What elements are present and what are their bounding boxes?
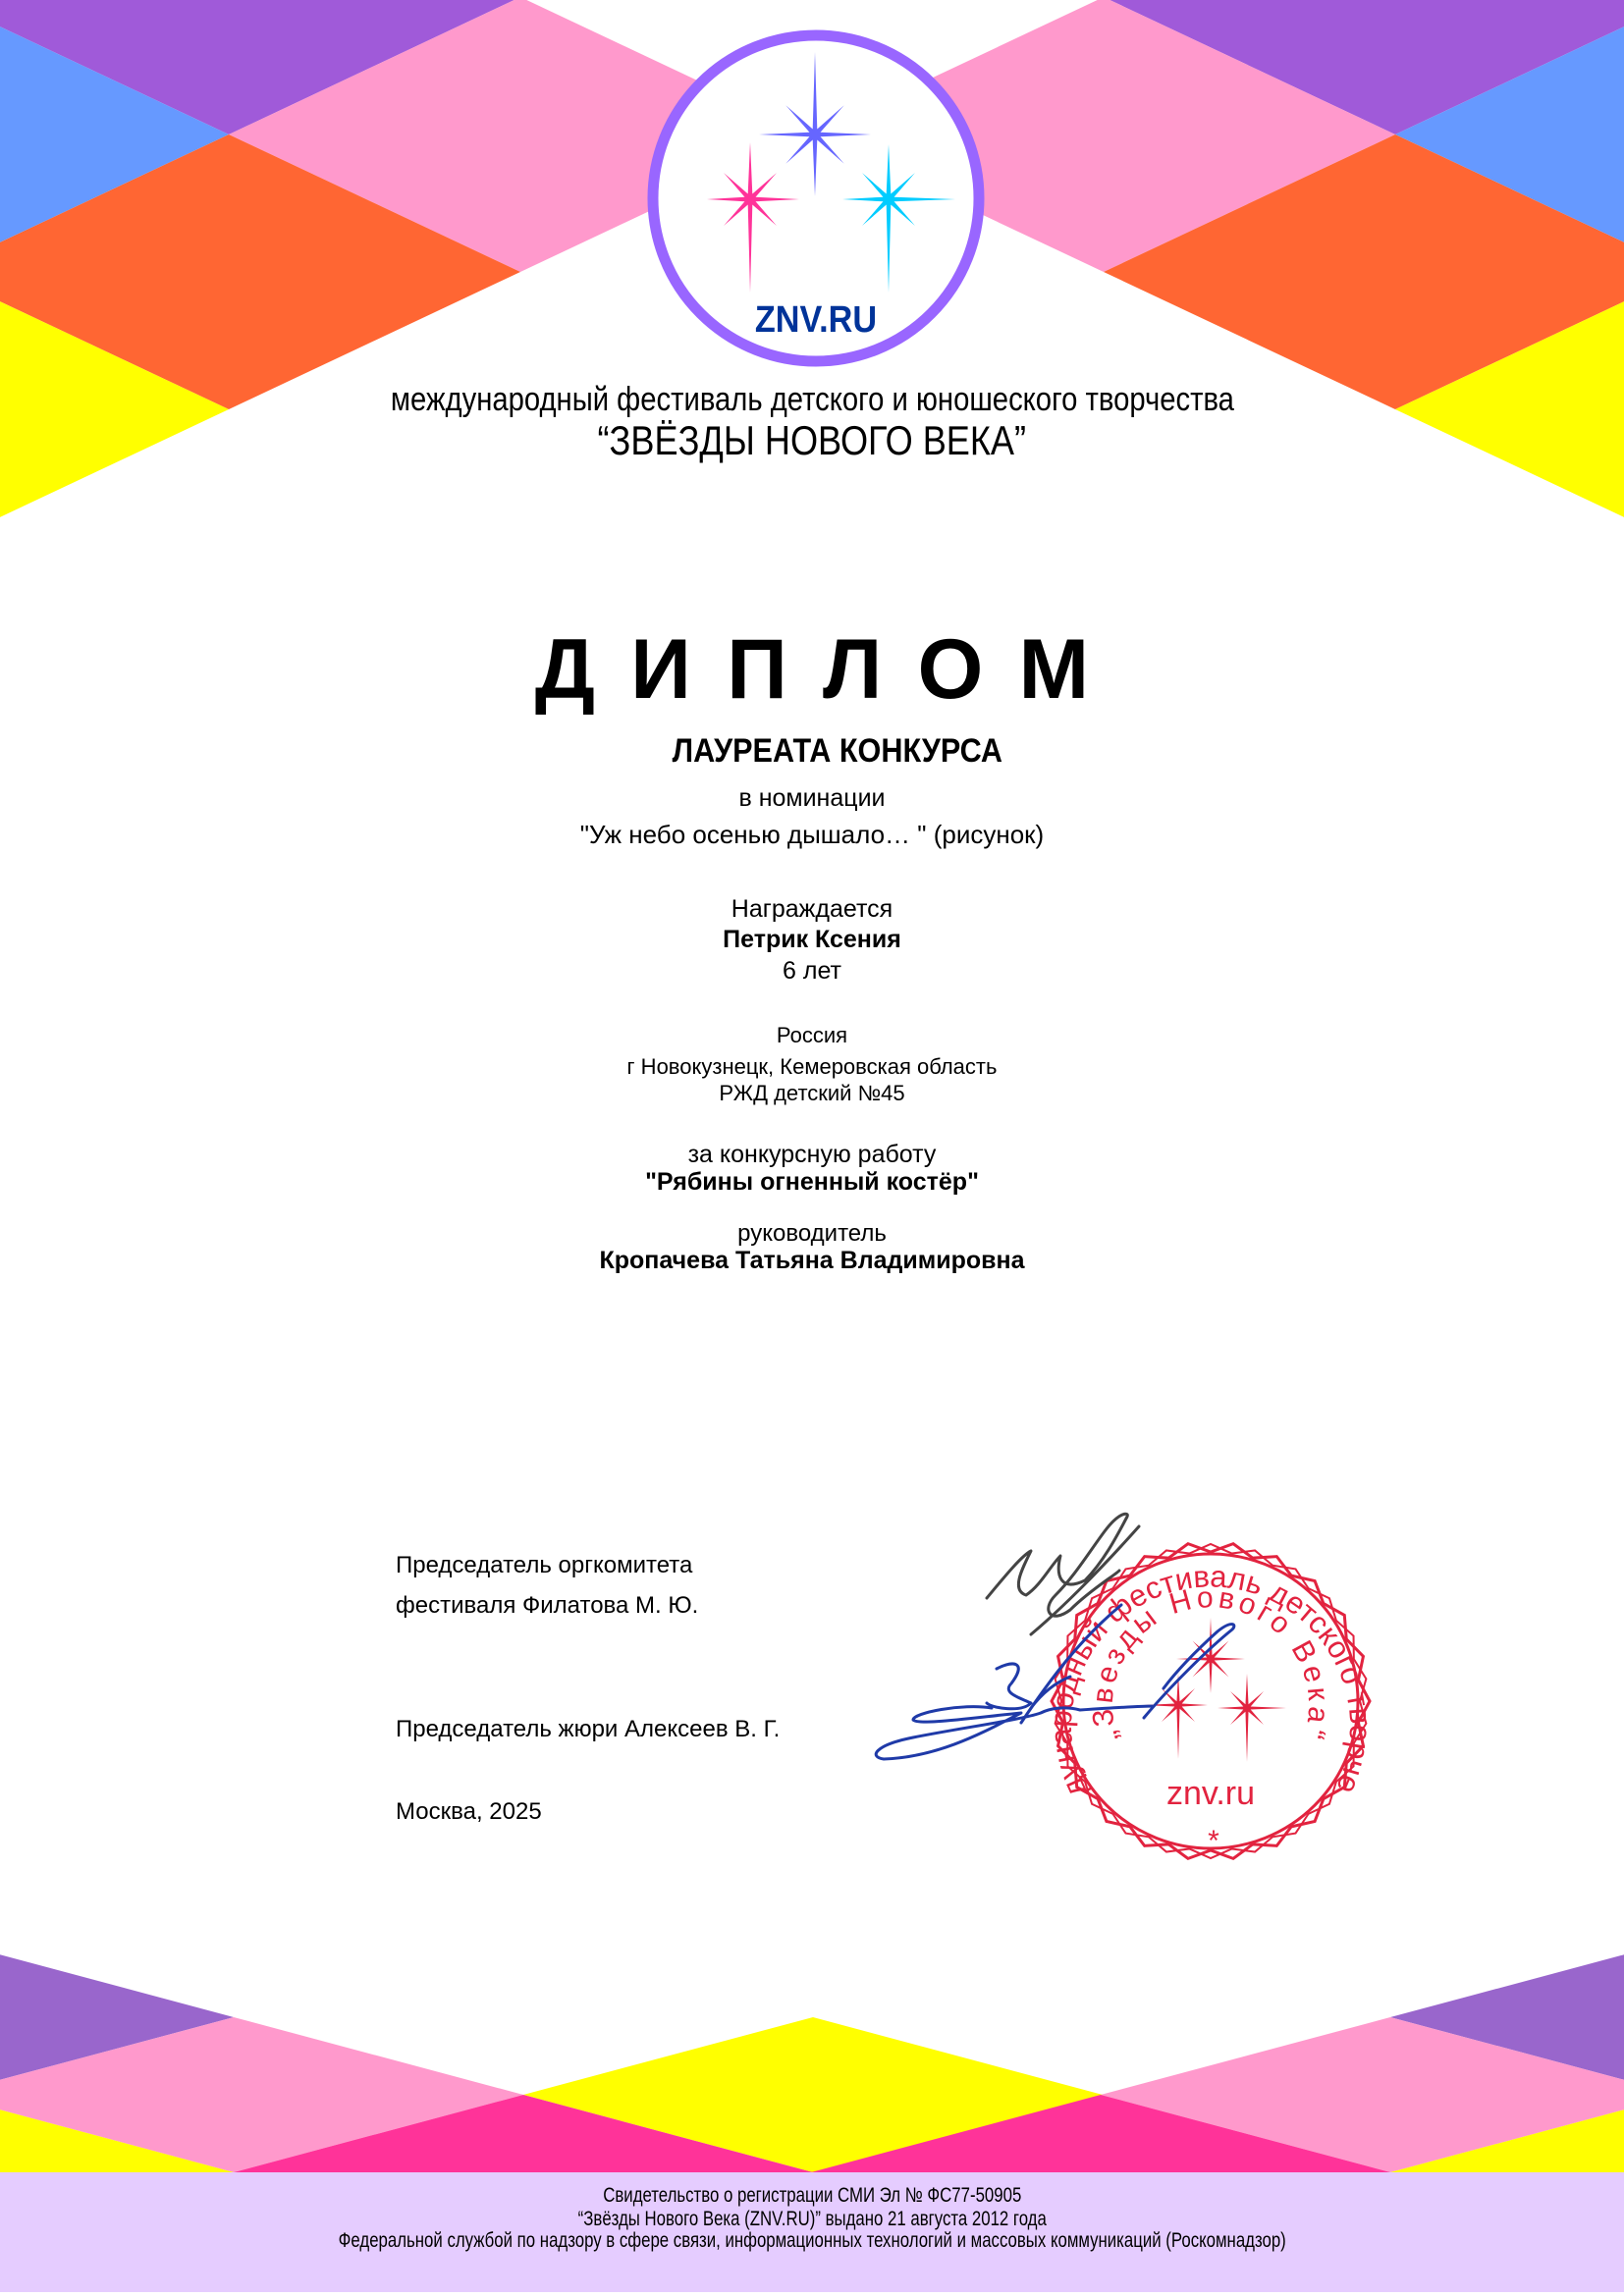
org-chair-name: фестиваля Филатова М. Ю. (396, 1591, 698, 1621)
recipient-name: Петрик Ксения (0, 925, 1624, 954)
work-title: "Рябины огненный костёр" (0, 1167, 1624, 1197)
recipient-organization: РЖД детский №45 (0, 1080, 1624, 1106)
registration-footer: Свидетельство о регистрации СМИ Эл № ФС7… (0, 2172, 1624, 2292)
diploma-subtitle: ЛАУРЕАТА КОНКУРСА (0, 732, 1624, 770)
nomination-label: в номинации (0, 783, 1624, 813)
nomination-name: "Уж небо осенью дышало… " (рисунок) (0, 820, 1624, 849)
place-year: Москва, 2025 (396, 1797, 542, 1827)
recipient-city: г Новокузнецк, Кемеровская область (0, 1053, 1624, 1080)
supervisor-name: Кропачева Татьяна Владимировна (0, 1246, 1624, 1275)
stamp-stars-icon (1144, 1618, 1286, 1762)
diploma-title: ДИПЛОМ (0, 625, 1624, 714)
work-label: за конкурсную работу (0, 1140, 1624, 1169)
festival-subtitle: международный фестиваль детского и юноше… (0, 380, 1624, 419)
supervisor-label: руководитель (0, 1219, 1624, 1249)
org-chair-title: Председатель оргкомитета (396, 1551, 692, 1580)
festival-title: “ЗВЁЗДЫ НОВОГО ВЕКА” (0, 417, 1624, 464)
jury-chair: Председатель жюри Алексеев В. Г. (396, 1715, 780, 1744)
footer-authority: Федеральной службой по надзору в сфере с… (0, 2229, 1624, 2253)
stamp-site-text: znv.ru (1166, 1775, 1255, 1812)
stamp-star-mark: * (1208, 1825, 1219, 1857)
logo-wordmark: ZNV.RU (718, 299, 914, 341)
awarded-label: Награждается (0, 894, 1624, 924)
recipient-age: 6 лет (0, 956, 1624, 986)
recipient-country: Россия (0, 1022, 1624, 1048)
footer-issued: “Звёзды Нового Века (ZNV.RU)” выдано 21 … (0, 2208, 1624, 2231)
footer-registration: Свидетельство о регистрации СМИ Эл № ФС7… (0, 2184, 1624, 2208)
stamp-and-signatures: международный фестиваль детского творчес… (864, 1492, 1414, 1904)
